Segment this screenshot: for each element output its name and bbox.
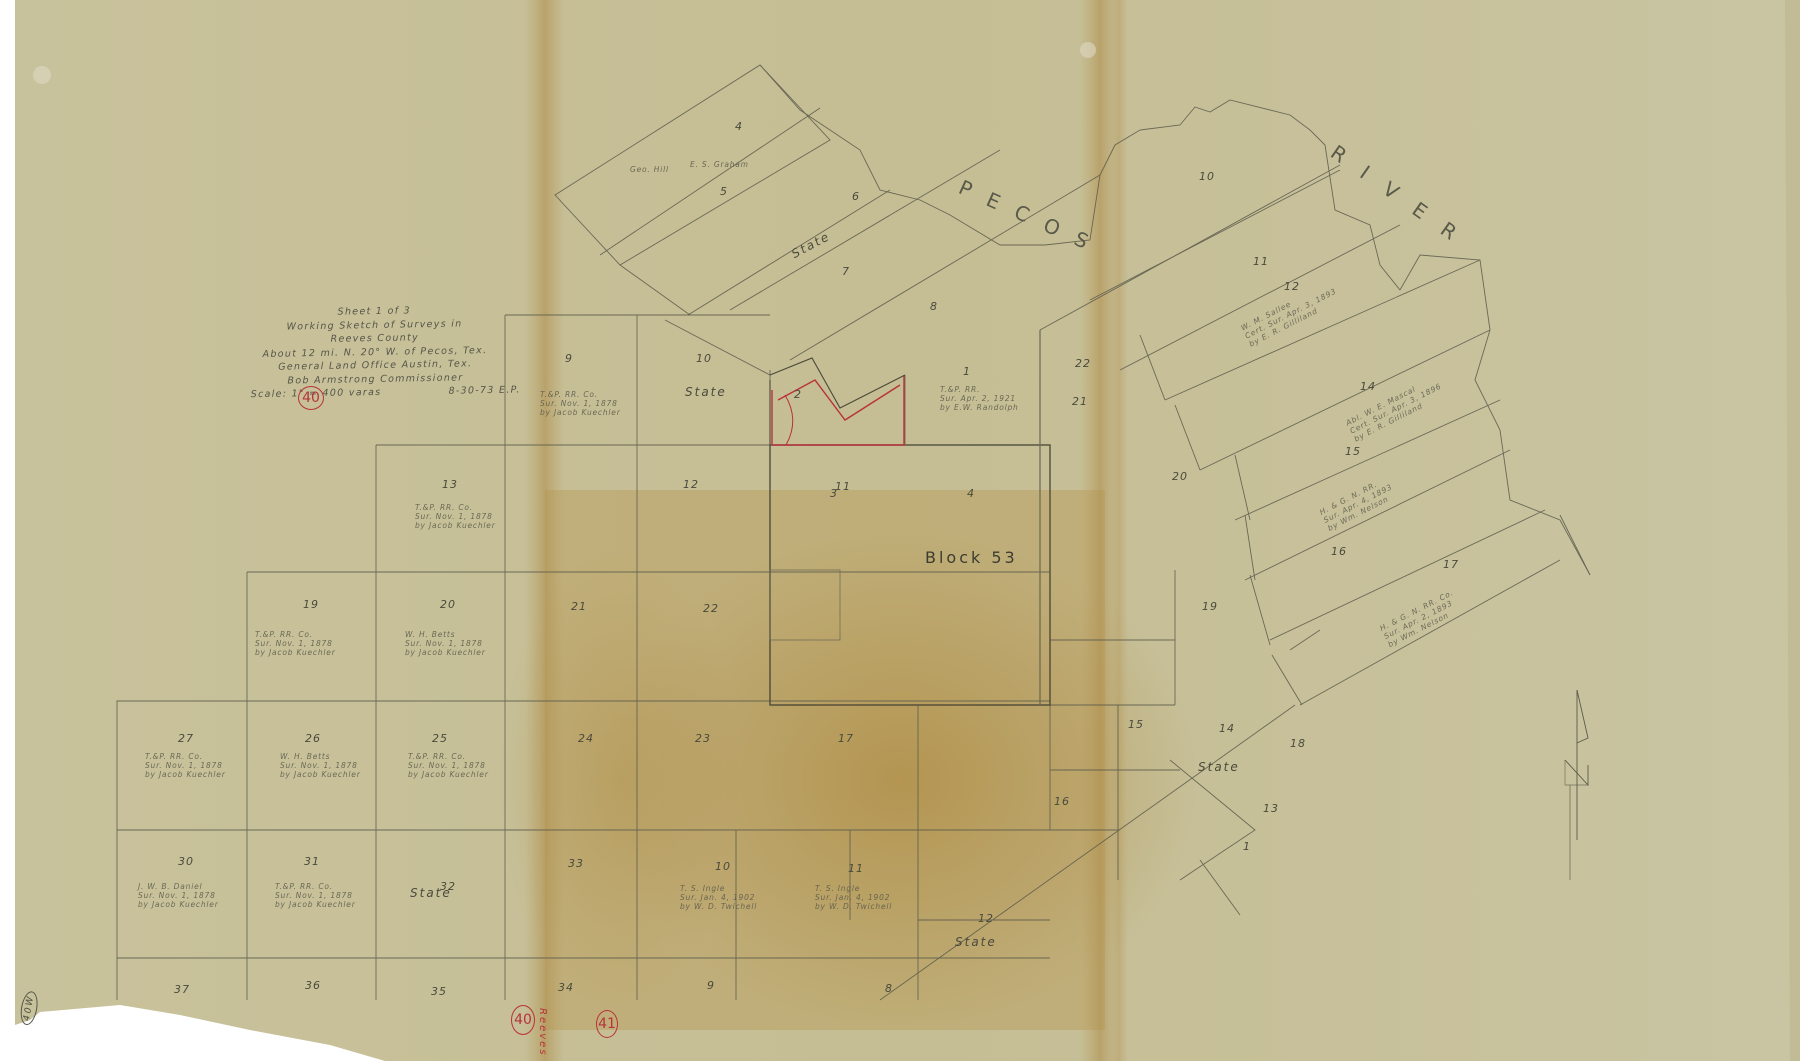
stamp-40-top: 40 [298,386,324,410]
stamp-40-bottom: 40 [511,1005,535,1035]
survey-map: Sheet 1 of 3 Working Sketch of Surveys i… [0,0,1800,1061]
title-block: Sheet 1 of 3 Working Sketch of Surveys i… [249,303,501,402]
survey-linework [0,0,1800,1061]
date-label: 8-30-73 E.P. [448,383,520,398]
north-arrow [1565,690,1588,880]
stamp-41-bottom: 41 [596,1010,618,1038]
